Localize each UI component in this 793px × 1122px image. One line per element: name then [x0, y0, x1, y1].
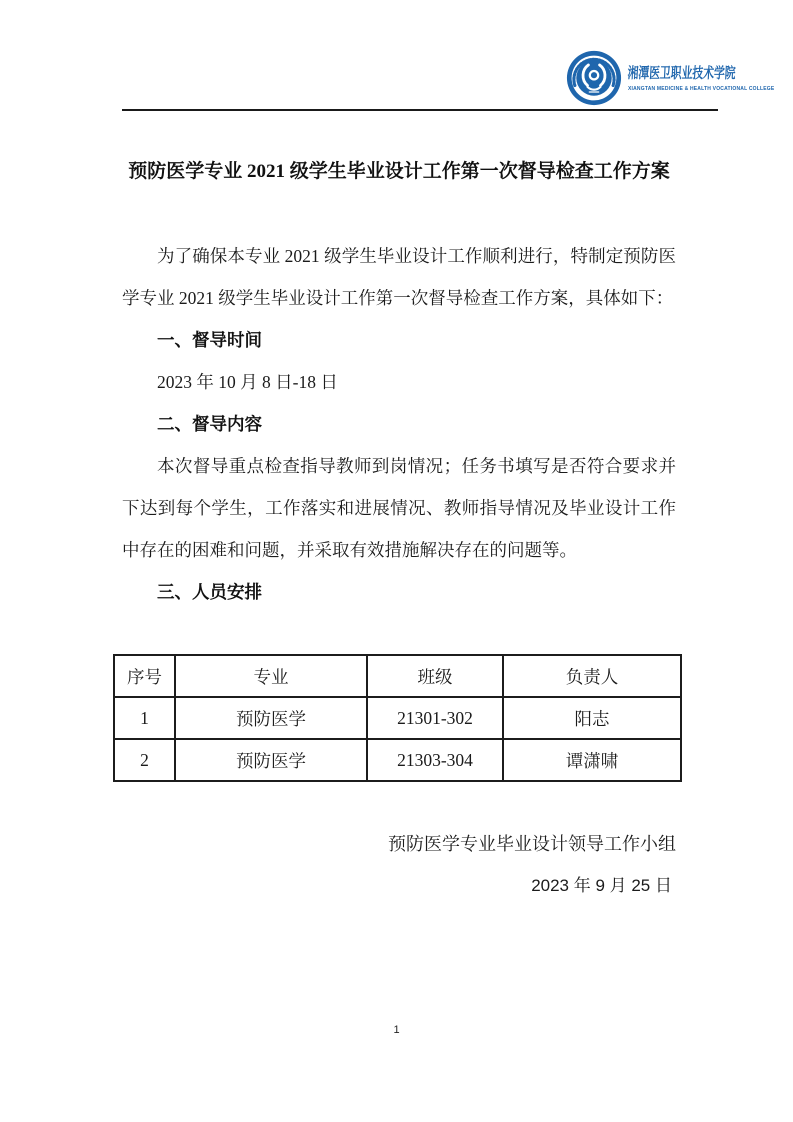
table-header-person: 负责人: [503, 655, 681, 697]
cell-class: 21303-304: [367, 739, 503, 781]
school-name-en: XIANGTAN MEDICINE & HEALTH VOCATIONAL CO…: [628, 85, 778, 93]
table-header-row: 序号 专业 班级 负责人: [114, 655, 681, 697]
cell-class: 21301-302: [367, 697, 503, 739]
cell-serial: 2: [114, 739, 175, 781]
document-body: 预防医学专业 2021 级学生毕业设计工作第一次督导检查工作方案 为了确保本专业…: [122, 110, 676, 907]
cell-major: 预防医学: [175, 697, 367, 739]
document-title: 预防医学专业 2021 级学生毕业设计工作第一次督导检查工作方案: [122, 157, 676, 187]
section-2-heading: 二、督导内容: [122, 403, 676, 445]
school-emblem-icon: [566, 50, 622, 106]
section-3-heading: 三、人员安排: [122, 571, 676, 613]
table-header-class: 班级: [367, 655, 503, 697]
intro-paragraph: 为了确保本专业 2021 级学生毕业设计工作顺利进行，特制定预防医学专业 202…: [122, 235, 676, 319]
table-row: 2 预防医学 21303-304 谭潇啸: [114, 739, 681, 781]
cell-person: 阳志: [503, 697, 681, 739]
section-1-heading: 一、督导时间: [122, 319, 676, 361]
school-name-cn: 湘潭医卫职业技术学院: [627, 65, 736, 83]
table-header-major: 专业: [175, 655, 367, 697]
page-number: 1: [0, 1024, 793, 1036]
school-logo: 湘潭医卫职业技术学院 XIANGTAN MEDICINE & HEALTH VO…: [566, 50, 778, 106]
signoff-org: 预防医学专业毕业设计领导工作小组: [122, 823, 676, 865]
table-header-serial: 序号: [114, 655, 175, 697]
table-row: 1 预防医学 21301-302 阳志: [114, 697, 681, 739]
section-2-body: 本次督导重点检查指导教师到岗情况；任务书填写是否符合要求并下达到每个学生，工作落…: [122, 445, 676, 571]
personnel-table: 序号 专业 班级 负责人 1 预防医学 21301-302 阳志 2 预防医学 …: [113, 654, 682, 782]
school-logo-text: 湘潭医卫职业技术学院 XIANGTAN MEDICINE & HEALTH VO…: [628, 50, 778, 93]
document-page: 湘潭医卫职业技术学院 XIANGTAN MEDICINE & HEALTH VO…: [0, 0, 793, 1122]
cell-person: 谭潇啸: [503, 739, 681, 781]
section-1-body: 2023 年 10 月 8 日-18 日: [122, 361, 676, 403]
signoff-date: 2023 年 9 月 25 日: [122, 865, 676, 907]
cell-major: 预防医学: [175, 739, 367, 781]
cell-serial: 1: [114, 697, 175, 739]
